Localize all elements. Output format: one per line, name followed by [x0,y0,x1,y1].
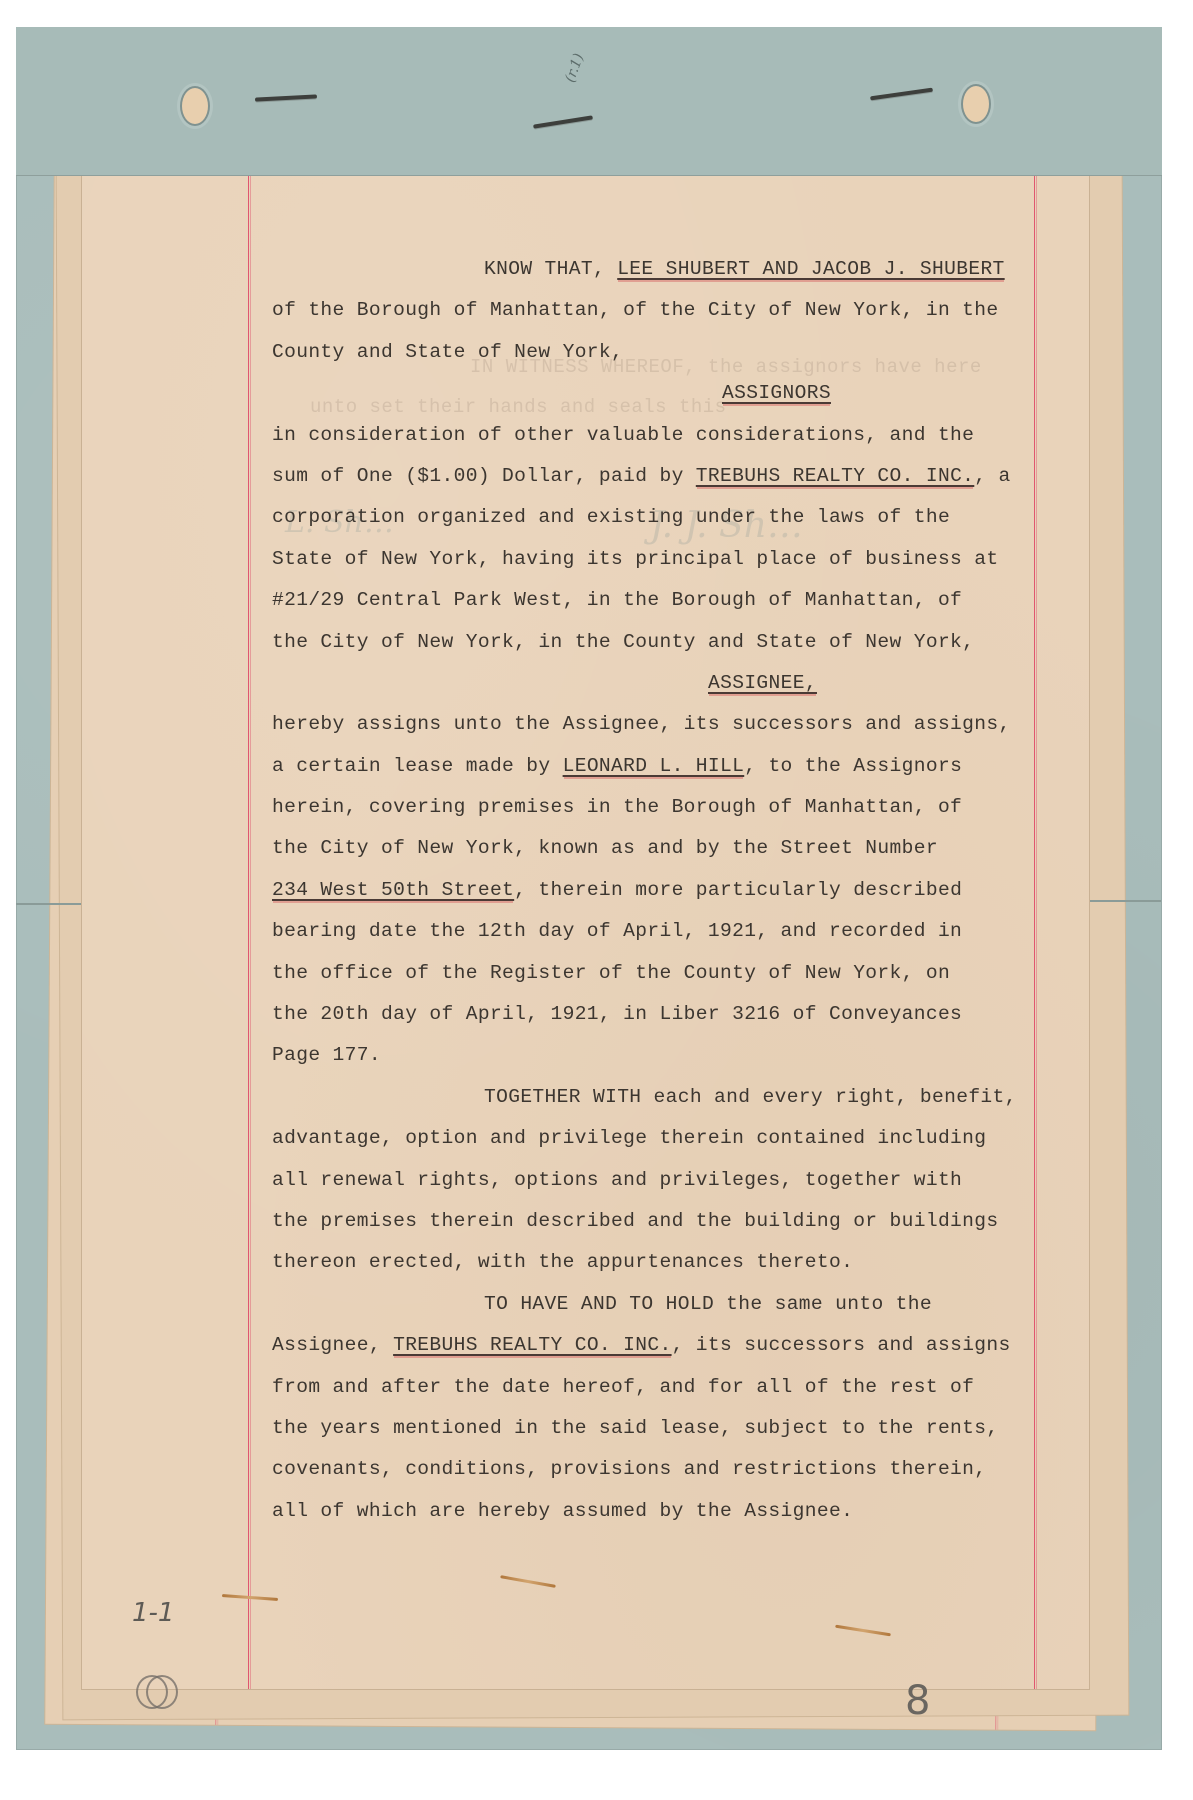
text-line: from and after the date hereof, and for … [272,1367,1042,1408]
text-line: County and State of New York, [272,332,1042,373]
pencil-circle-2 [146,1675,178,1709]
text-line: all of which are hereby assumed by the A… [272,1491,1042,1532]
binder-hole-left [180,86,210,126]
pencil-bottom-right-mark: 8 [905,1678,930,1724]
together-with-lead: TOGETHER WITH each and every right, bene… [272,1077,1042,1118]
text-line: 234 West 50th Street, therein more parti… [272,870,1042,911]
text-line: sum of One ($1.00) Dollar, paid by TREBU… [272,456,1042,497]
text-line: of the Borough of Manhattan, of the City… [272,290,1042,331]
underlined-lessor: LEONARD L. HILL [563,755,745,777]
text-line: bearing date the 12th day of April, 1921… [272,911,1042,952]
text-line: the office of the Register of the County… [272,953,1042,994]
text-line: covenants, conditions, provisions and re… [272,1449,1042,1490]
lease-assignment-text: KNOW THAT, LEE SHUBERT AND JACOB J. SHUB… [272,249,1042,1532]
text-line: all renewal rights, options and privileg… [272,1160,1042,1201]
fold-crease-right [1085,900,1161,902]
text-line: the City of New York, in the County and … [272,622,1042,663]
text-line: State of New York, having its principal … [272,539,1042,580]
text-line: the years mentioned in the said lease, s… [272,1408,1042,1449]
text-line: herein, covering premises in the Borough… [272,787,1042,828]
text-line: the City of New York, known as and by th… [272,828,1042,869]
heading-assignors: ASSIGNORS [272,373,1042,414]
text-line: a certain lease made by LEONARD L. HILL,… [272,746,1042,787]
text-line: corporation organized and existing under… [272,497,1042,538]
habendum-lead: TO HAVE AND TO HOLD the same unto the [272,1284,1042,1325]
text-line: in consideration of other valuable consi… [272,415,1042,456]
text-line: hereby assigns unto the Assignee, its su… [272,704,1042,745]
text-line: #21/29 Central Park West, in the Borough… [272,580,1042,621]
underlined-address: 234 West 50th Street [272,879,514,901]
document-scan: (r.1) IN WITNESS WHEREOF, the assignors … [0,0,1193,1800]
underlined-assignee-name: TREBUHS REALTY CO. INC. [696,465,975,487]
text-line: Page 177. [272,1035,1042,1076]
text-line: the 20th day of April, 1921, in Liber 32… [272,994,1042,1035]
binder-hole-right [961,84,991,124]
text-line: Assignee, TREBUHS REALTY CO. INC., its s… [272,1325,1042,1366]
underlined-party-assignors: LEE SHUBERT AND JACOB J. SHUBERT [617,258,1004,280]
pencil-page-number: 1-1 [132,1598,174,1628]
text-line: KNOW THAT, LEE SHUBERT AND JACOB J. SHUB… [272,249,1042,290]
heading-assignee: ASSIGNEE, [272,663,1042,704]
underlined-assignee-name-2: TREBUHS REALTY CO. INC. [393,1334,672,1356]
left-margin-line [248,172,249,1689]
text-line: advantage, option and privilege therein … [272,1118,1042,1159]
text-line: the premises therein described and the b… [272,1201,1042,1242]
text-line: thereon erected, with the appurtenances … [272,1242,1042,1283]
fold-crease-left [16,903,86,905]
